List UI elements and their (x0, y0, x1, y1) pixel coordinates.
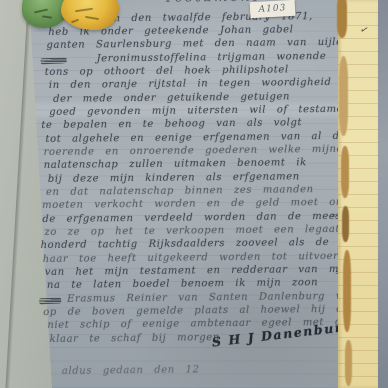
paper-stain (337, 0, 347, 38)
archive-label: A103 (250, 0, 296, 18)
paper-stain (343, 250, 351, 332)
handwriting-line: der mede onder getuikende getuigen (53, 91, 290, 105)
handwriting-line: tons op othoort del hoek philipshotel (45, 64, 289, 79)
paper-stain (342, 206, 349, 242)
struck-out-word (39, 297, 61, 304)
struck-out-word (41, 57, 67, 64)
handwriting-line: honderd tachtig Rijksdaalders zooveel al… (41, 236, 384, 252)
handwriting-line: van het mijn testament en redderaar van … (45, 264, 367, 279)
handwriting-line: klaar te schaf bij morgen (49, 332, 219, 346)
handwriting-line: te bepalen en te behoog van als volgt (41, 117, 302, 132)
document-title: Testament (164, 0, 261, 6)
paper-stain (341, 146, 349, 198)
handwriting-line: Jeronimusstoffelina trijgman wonende (97, 51, 327, 65)
handwriting-block: Testament Heden den twaalfde february 18… (36, 0, 378, 388)
archive-photo: Testament Heden den twaalfde february 18… (0, 0, 388, 388)
margin-mark: = (331, 212, 337, 220)
paper-stain (339, 56, 348, 136)
handwriting-line: nalatenschap zullen uitmaken benoemt ik (44, 157, 307, 172)
handwriting-line: in den oranje rijtstal in tegen woordigh… (49, 77, 332, 92)
handwriting-line: ganten Saurlensburg met den naam van uij… (46, 37, 349, 52)
paper-stain (345, 340, 352, 386)
handwriting-line: na te laten boedel benoem ik mijn zoon (47, 277, 318, 292)
handwriting-line: moeten verkocht worden en de geld moet o… (42, 197, 362, 212)
handwriting-line: goed gevonden mijn uitersten wil of test… (49, 104, 355, 119)
handwriting-line-faint: aldus gedaan den 12 (62, 364, 200, 377)
